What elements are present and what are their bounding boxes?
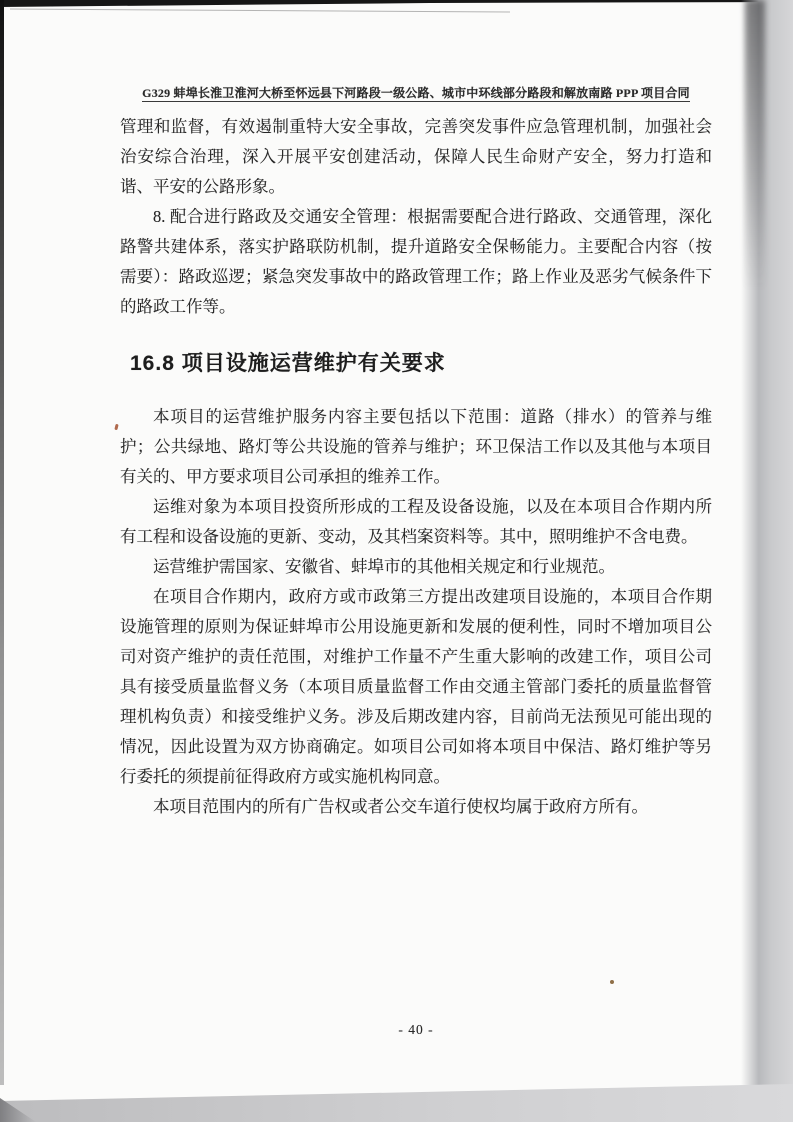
page-edge-shadow-right-top bbox=[745, 0, 765, 290]
document-header: G329 蚌埠长淮卫淮河大桥至怀远县下河路段一级公路、城市中环线部分路段和解放南… bbox=[118, 84, 714, 102]
paragraph-scope: 本项目的运营维护服务内容主要包括以下范围：道路（排水）的管养与维护；公共绿地、路… bbox=[120, 402, 712, 492]
paragraph-advertising-rights: 本项目范围内的所有广告权或者公交车道行使权均属于政府方所有。 bbox=[120, 792, 712, 822]
paragraph-regulations: 运营维护需国家、安徽省、蚌埠市的其他相关规定和行业规范。 bbox=[120, 552, 712, 582]
page-edge-shadow-bottom bbox=[0, 1082, 793, 1122]
dust-speck-red bbox=[114, 424, 118, 431]
paragraph-maintenance-objects: 运维对象为本项目投资所形成的工程及设备设施，以及在本项目合作期内所有工程和设备设… bbox=[120, 492, 712, 552]
document-header-title: G329 蚌埠长淮卫淮河大桥至怀远县下河路段一级公路、城市中环线部分路段和解放南… bbox=[142, 86, 690, 102]
document-body: 管理和监督，有效遏制重特大安全事故，完善突发事件应急管理机制，加强社会治安综合治… bbox=[120, 112, 712, 822]
section-heading-16-8: 16.8 项目设施运营维护有关要求 bbox=[120, 348, 712, 380]
scan-edge-top bbox=[0, 0, 793, 9]
paragraph-reconstruction: 在项目合作期内，政府方或市政第三方提出改建项目设施的，本项目合作期设施管理的原则… bbox=[120, 582, 712, 792]
scan-line-top bbox=[10, 8, 510, 12]
scanned-page: G329 蚌埠长淮卫淮河大桥至怀远县下河路段一级公路、城市中环线部分路段和解放南… bbox=[0, 0, 793, 1122]
dust-speck-brown bbox=[610, 980, 614, 984]
page-number: - 40 - bbox=[120, 1022, 712, 1038]
paragraph-continuation: 管理和监督，有效遏制重特大安全事故，完善突发事件应急管理机制，加强社会治安综合治… bbox=[120, 112, 712, 202]
paragraph-item-8: 8. 配合进行路政及交通安全管理：根据需要配合进行路政、交通管理，深化路警共建体… bbox=[120, 202, 712, 322]
scan-edge-left bbox=[0, 0, 4, 1085]
